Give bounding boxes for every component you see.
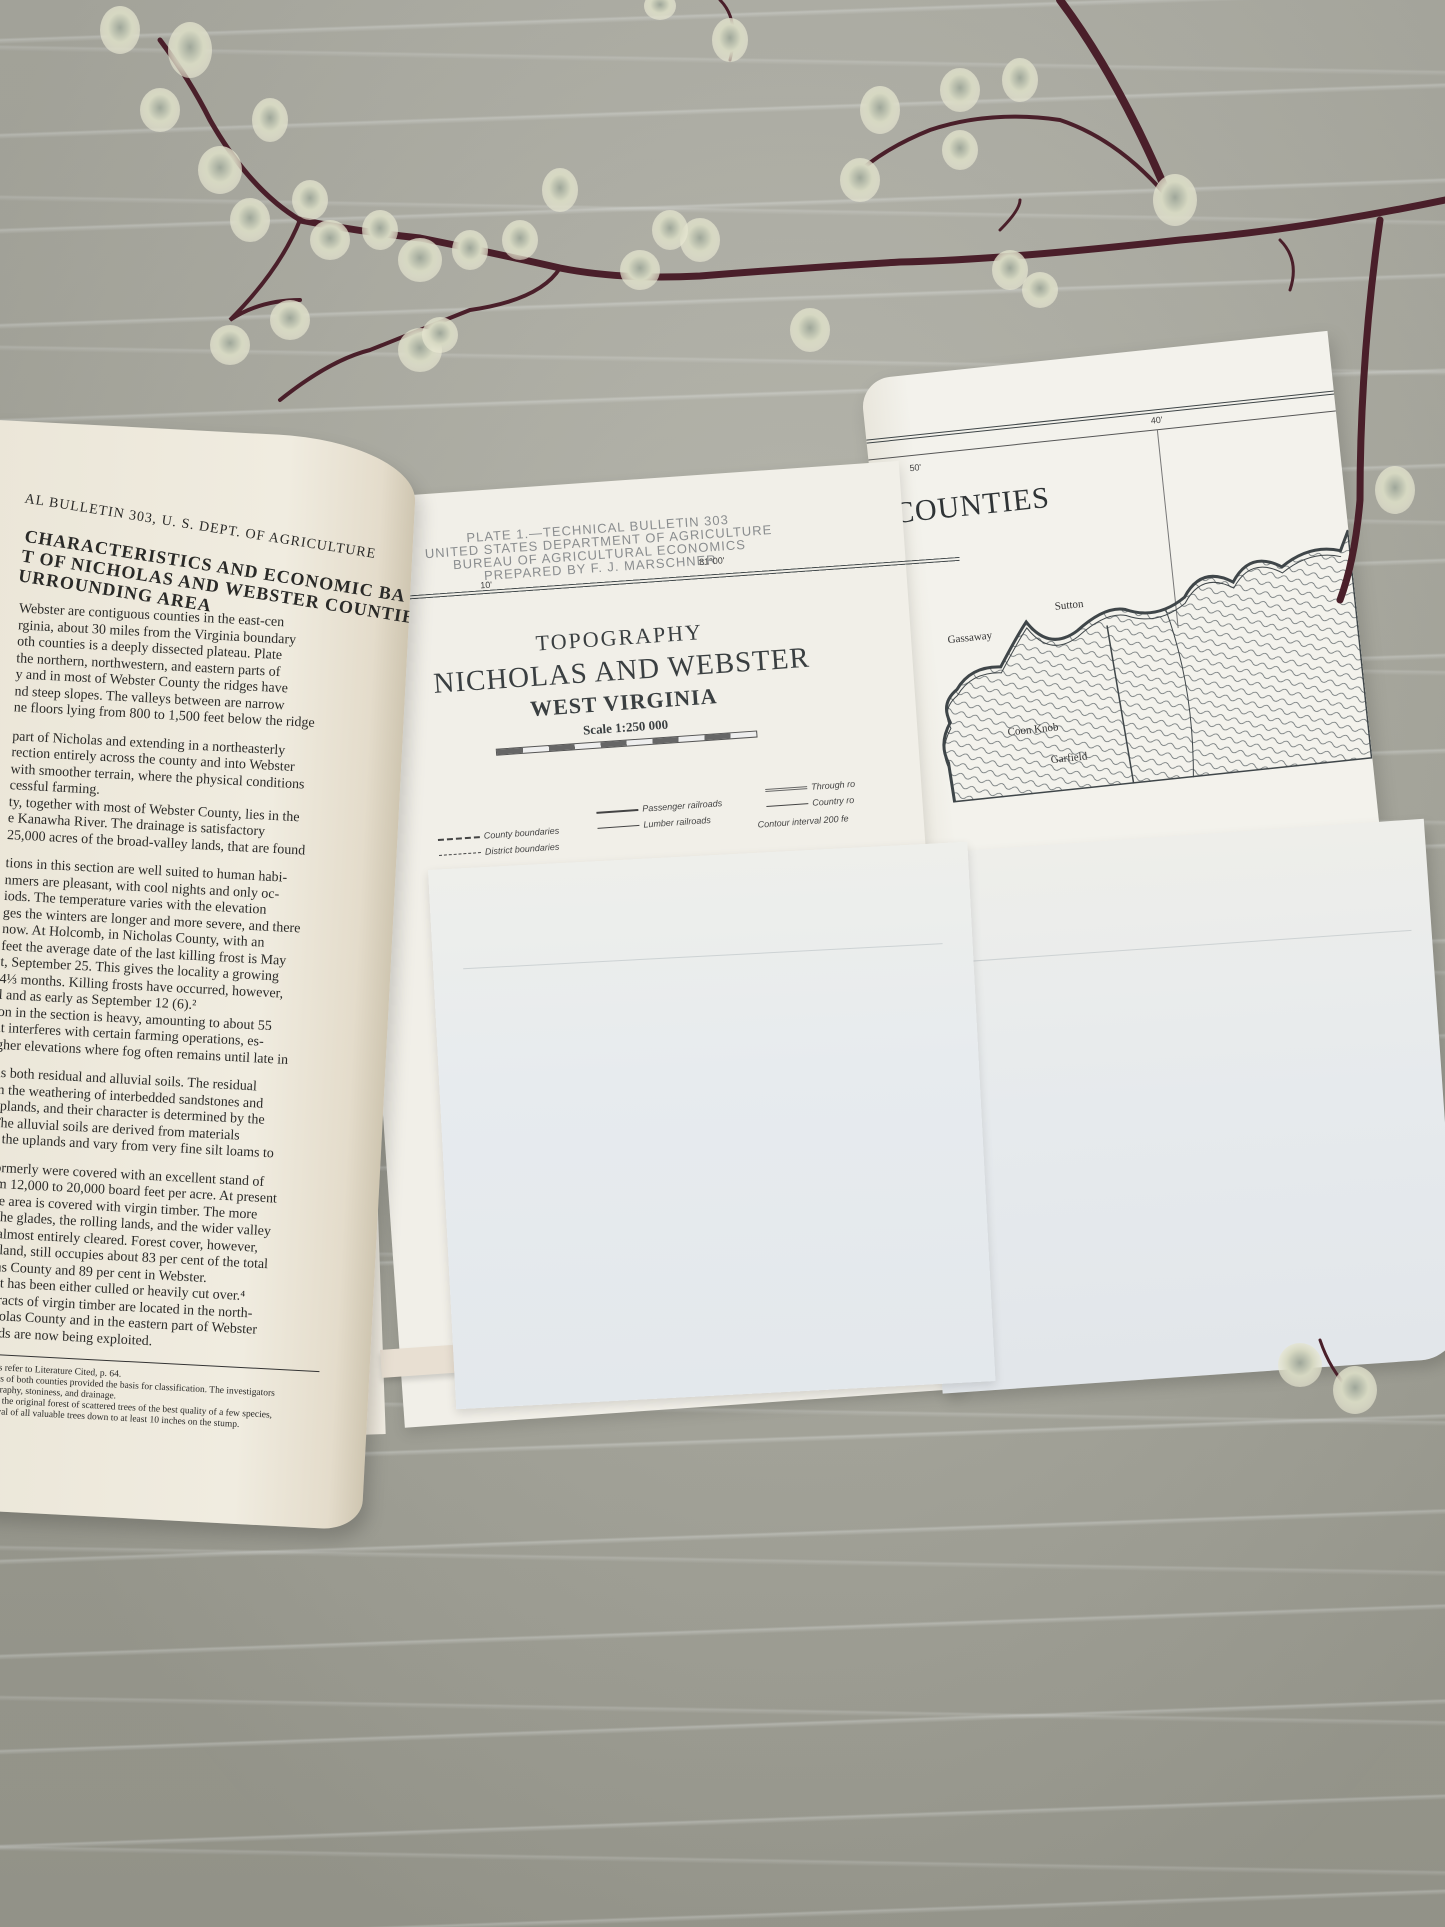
legend-county-boundaries: County boundaries (483, 826, 559, 841)
passenger-railroad-symbol (596, 809, 638, 814)
legend-country-roads: Country ro (812, 795, 855, 808)
bulletin-text-page: AL BULLETIN 303, U. S. DEPT. OF AGRICULT… (0, 419, 418, 1530)
legend-contour-interval: Contour interval 200 fe (757, 813, 849, 829)
map-title-counties: COUNTIES (892, 481, 1051, 531)
footnotes: theses refer to Literature Cited, p. 64.… (0, 1362, 339, 1436)
lumber-railroad-symbol (598, 825, 640, 829)
paragraph-soils: as both residual and alluvial soils. The… (0, 1066, 355, 1167)
paragraph-forest: formerly were covered with an excellent … (0, 1160, 350, 1360)
body-text: Webster are contiguous counties in the e… (0, 601, 379, 1436)
map-title-block: TOPOGRAPHY NICHOLAS AND WEBSTER WEST VIR… (409, 610, 836, 761)
through-road-symbol (765, 786, 807, 792)
legend-passenger-railroads: Passenger railroads (642, 798, 723, 814)
legend-lumber-railroads: Lumber railroads (643, 815, 711, 830)
legend-district-boundaries: District boundaries (485, 842, 560, 857)
paragraph-drainage: part of Nicholas and extending in a nort… (7, 729, 373, 863)
topographic-relief-map (921, 530, 1373, 804)
paragraph-climate: tions in this section are well suited to… (0, 856, 366, 1073)
tick-10-minutes: 10' (480, 580, 492, 591)
tick-40-minutes: 40' (1150, 415, 1163, 426)
county-boundary-symbol (438, 836, 480, 841)
tick-50-minutes: 50' (909, 462, 922, 473)
envelope-pocket-left[interactable] (428, 842, 996, 1410)
map-legend: County boundaries District boundaries Pa… (435, 759, 994, 798)
district-boundary-symbol (439, 852, 481, 856)
legend-through-roads: Through ro (811, 779, 856, 792)
country-road-symbol (766, 803, 808, 807)
pocket-fold-line (933, 930, 1412, 964)
tick-81-degrees: 81°00' (699, 555, 725, 567)
pocket-fold-line (463, 943, 942, 969)
